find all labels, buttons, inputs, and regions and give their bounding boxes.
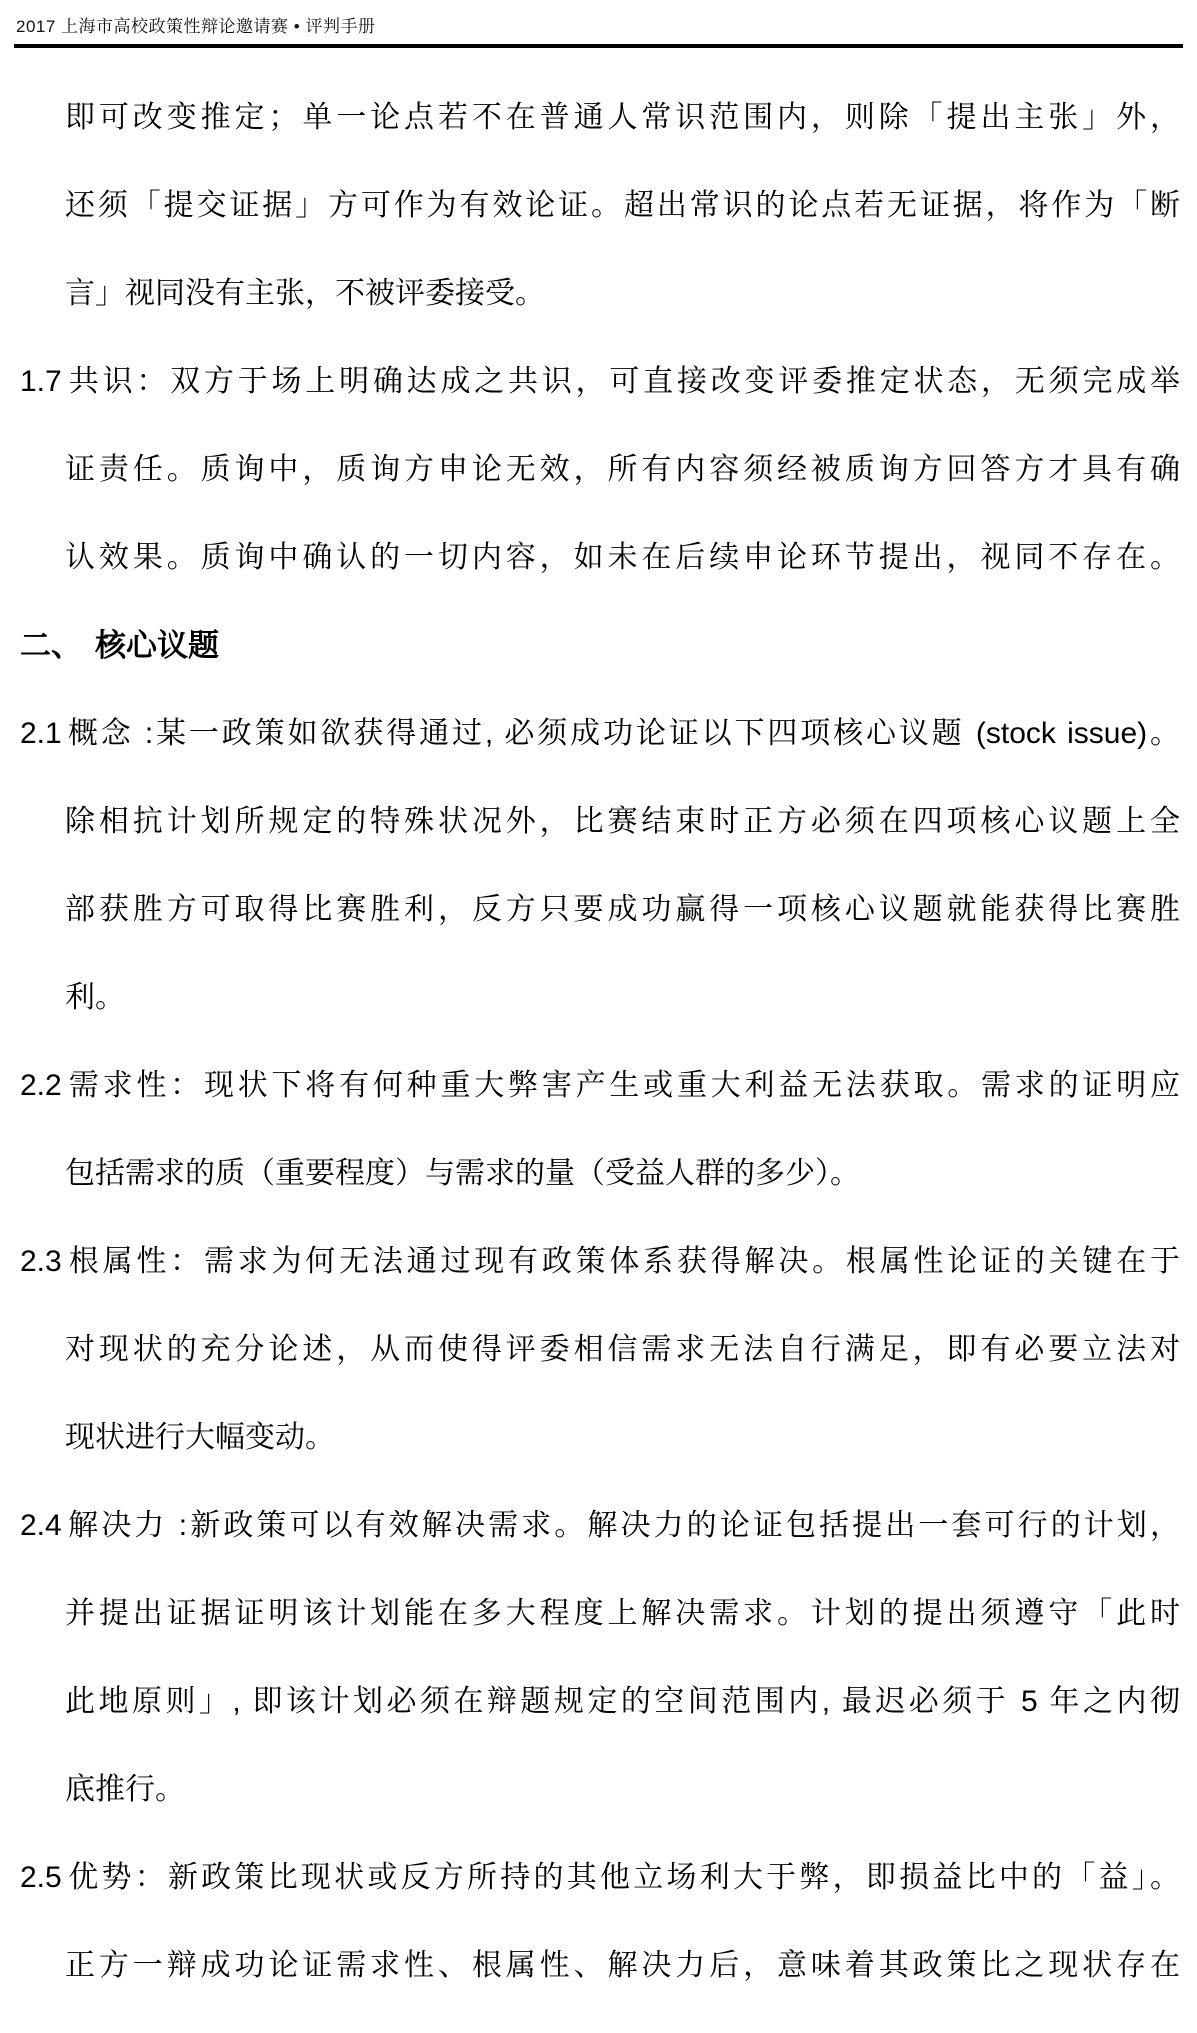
item-text: 概念 :某一政策如欲获得通过, 必须成功论证以下四项核心议题 (stock is…	[65, 717, 1180, 750]
item-text: 优势：新政策比现状或反方所持的其他立场利大于弊，即损益比中的「益」。	[65, 1861, 1180, 1894]
document-body: 即可改变推定；单一论点若不在普通人常识范围内，则除「提出主张」外， 还须「提交证…	[0, 48, 1197, 2010]
item-number: 2.2	[20, 1042, 65, 1130]
paragraph-line: 底推行。	[20, 1746, 1180, 1834]
paragraph-line: 2.1概念 :某一政策如欲获得通过, 必须成功论证以下四项核心议题 (stock…	[20, 690, 1180, 778]
paragraph-line: 认效果。质询中确认的一切内容，如未在后续申论环节提出，视同不存在。	[20, 514, 1180, 602]
paragraph-line: 证责任。质询中，质询方申论无效，所有内容须经被质询方回答方才具有确	[20, 426, 1180, 514]
item-number: 2.3	[20, 1218, 65, 1306]
item-1-7: 1.7共识：双方于场上明确达成之共识，可直接改变评委推定状态，无须完成举 证责任…	[20, 338, 1180, 602]
paragraph-line: 此地原则」, 即该计划必须在辩题规定的空间范围内, 最迟必须于 5 年之内彻	[20, 1658, 1180, 1746]
paragraph-line: 2.5优势：新政策比现状或反方所持的其他立场利大于弊，即损益比中的「益」。	[20, 1834, 1180, 1922]
paragraph-line: 即可改变推定；单一论点若不在普通人常识范围内，则除「提出主张」外，	[20, 74, 1180, 162]
paragraph-line: 正方一辩成功论证需求性、根属性、解决力后，意味着其政策比之现状存在	[20, 1922, 1180, 2010]
paragraph-line: 并提出证据证明该计划能在多大程度上解决需求。计划的提出须遵守「此时	[20, 1570, 1180, 1658]
item-number: 2.5	[20, 1834, 65, 1922]
item-2-3: 2.3根属性：需求为何无法通过现有政策体系获得解决。根属性论证的关键在于 对现状…	[20, 1218, 1180, 1482]
paragraph-line: 部获胜方可取得比赛胜利，反方只要成功赢得一项核心议题就能获得比赛胜	[20, 866, 1180, 954]
item-text: 根属性：需求为何无法通过现有政策体系获得解决。根属性论证的关键在于	[65, 1245, 1180, 1278]
item-number: 2.4	[20, 1482, 65, 1570]
paragraph-line: 2.3根属性：需求为何无法通过现有政策体系获得解决。根属性论证的关键在于	[20, 1218, 1180, 1306]
item-2-2: 2.2需求性：现状下将有何种重大弊害产生或重大利益无法获取。需求的证明应 包括需…	[20, 1042, 1180, 1218]
page-header-title: 2017 上海市高校政策性辩论邀请赛 • 评判手册	[16, 12, 1183, 37]
item-2-1: 2.1概念 :某一政策如欲获得通过, 必须成功论证以下四项核心议题 (stock…	[20, 690, 1180, 1042]
paragraph-line: 2.4解决力 :新政策可以有效解决需求。解决力的论证包括提出一套可行的计划，	[20, 1482, 1180, 1570]
paragraph-line: 利。	[20, 954, 1180, 1042]
paragraph-line: 1.7共识：双方于场上明确达成之共识，可直接改变评委推定状态，无须完成举	[20, 338, 1180, 426]
item-2-5: 2.5优势：新政策比现状或反方所持的其他立场利大于弊，即损益比中的「益」。 正方…	[20, 1834, 1180, 2010]
paragraph-line: 2.2需求性：现状下将有何种重大弊害产生或重大利益无法获取。需求的证明应	[20, 1042, 1180, 1130]
paragraph-line: 现状进行大幅变动。	[20, 1394, 1180, 1482]
item-number: 2.1	[20, 690, 65, 778]
page-header: 2017 上海市高校政策性辩论邀请赛 • 评判手册	[14, 0, 1183, 48]
item-2-4: 2.4解决力 :新政策可以有效解决需求。解决力的论证包括提出一套可行的计划， 并…	[20, 1482, 1180, 1834]
item-text: 解决力 :新政策可以有效解决需求。解决力的论证包括提出一套可行的计划，	[65, 1509, 1180, 1542]
paragraph-continuation: 即可改变推定；单一论点若不在普通人常识范围内，则除「提出主张」外， 还须「提交证…	[20, 74, 1180, 338]
section-heading-line: 二、核心议题	[20, 602, 1180, 690]
paragraph-line: 对现状的充分论述，从而使得评委相信需求无法自行满足，即有必要立法对	[20, 1306, 1180, 1394]
paragraph-line: 除相抗计划所规定的特殊状况外，比赛结束时正方必须在四项核心议题上全	[20, 778, 1180, 866]
item-text: 共识：双方于场上明确达成之共识，可直接改变评委推定状态，无须完成举	[65, 365, 1180, 398]
document-page: 2017 上海市高校政策性辩论邀请赛 • 评判手册 即可改变推定；单一论点若不在…	[0, 0, 1197, 2010]
paragraph-line: 包括需求的质（重要程度）与需求的量（受益人群的多少）。	[20, 1130, 1180, 1218]
paragraph-line: 还须「提交证据」方可作为有效论证。超出常识的论点若无证据，将作为「断	[20, 162, 1180, 250]
section-heading-core-issues: 二、核心议题	[20, 602, 1180, 690]
heading-number: 二、	[20, 602, 95, 690]
item-text: 需求性：现状下将有何种重大弊害产生或重大利益无法获取。需求的证明应	[65, 1069, 1180, 1102]
item-number: 1.7	[20, 338, 65, 426]
paragraph-line: 言」视同没有主张，不被评委接受。	[20, 250, 1180, 338]
heading-title: 核心议题	[95, 628, 219, 663]
